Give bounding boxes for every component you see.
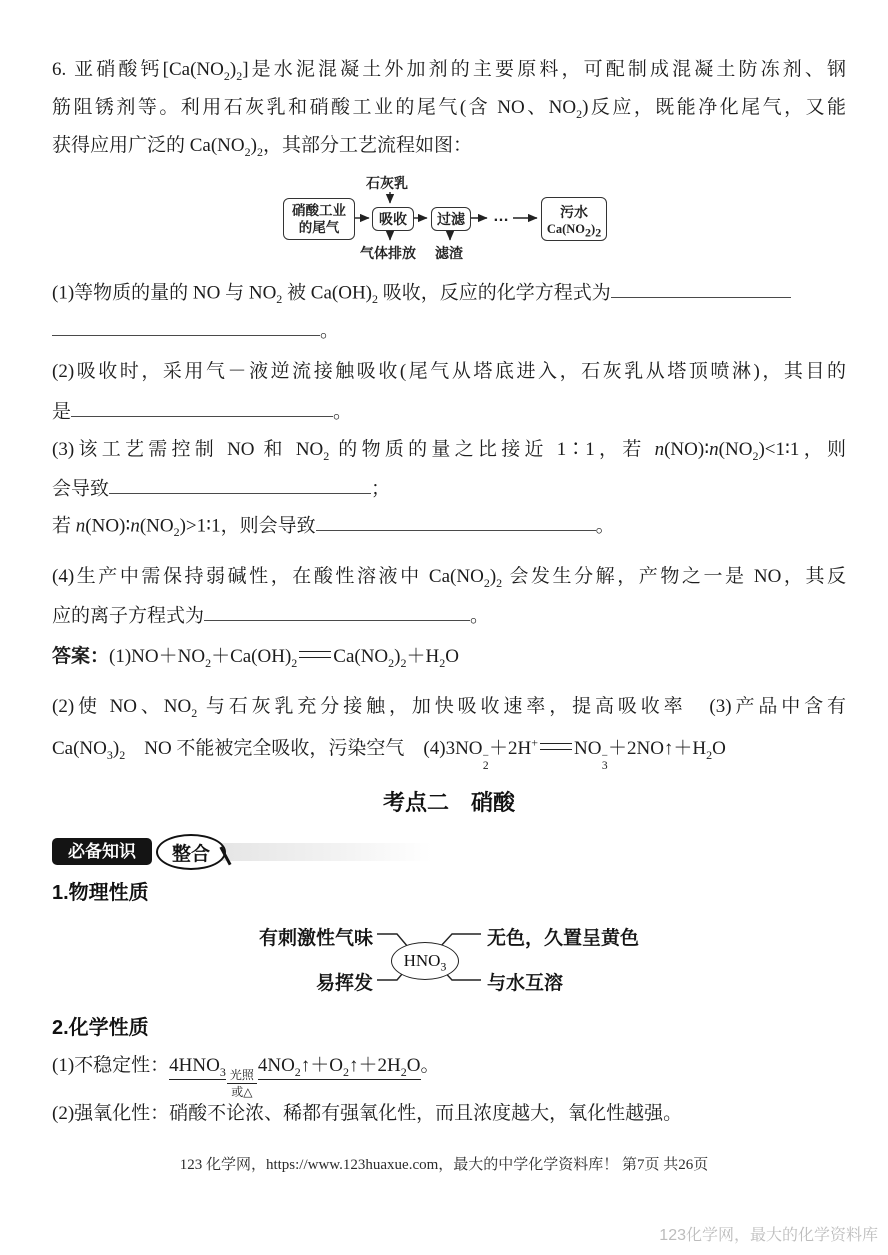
process-flow-diagram: 石灰乳 硝酸工业 的尾气 吸收 过滤 气体排放 滤渣 … 污水 Ca(NO2)2 [250, 172, 630, 267]
question-1-line: (1)等物质的量的 NO 与 NO2 被 Ca(OH)2 吸收，反应的化学方程式… [52, 278, 846, 306]
answer-line-2: (2)使 NO、NO2 与石灰乳充分接触，加快吸收速率，提高吸收率 (3)产品中… [52, 693, 846, 720]
question-stem-line: 6. 亚硝酸钙[Ca(NO2)2]是水泥混凝土外加剂的主要原料，可配制成混凝土防… [52, 56, 846, 83]
flow-box-tail-gas: 硝酸工业 的尾气 [283, 198, 355, 240]
answer-line-3: Ca(NO3)2 NO 不能被完全吸收，污染空气 (4)3NO−2＋2H+NO−… [52, 735, 846, 771]
question-4-blank-line: 应的离子方程式为。 [52, 601, 846, 629]
blank-continuation-line: 。 [52, 316, 846, 344]
question-3b-line: 若 n(NO)∶n(NO2)>1∶1，则会导致。 [52, 511, 846, 539]
flow-box-sewage: 污水 Ca(NO2)2 [541, 197, 607, 241]
flow-box-filter: 过滤 [431, 207, 471, 231]
concept-label-volatile: 易挥发 [225, 968, 373, 995]
concept-center-hno3: HNO3 [391, 942, 459, 980]
concept-label-miscible: 与水互溶 [487, 968, 563, 995]
concept-label-pungent-odor: 有刺激性气味 [225, 923, 373, 950]
flow-label-limewater: 石灰乳 [366, 173, 408, 193]
question-stem-line: 获得应用广泛的 Ca(NO2)2，其部分工艺流程如图： [52, 132, 846, 159]
question-stem-line: 筋阻锈剂等。利用石灰乳和硝酸工业的尾气(含 NO、NO2)反应，既能净化尾气，又… [52, 94, 846, 121]
concept-label-colorless: 无色，久置呈黄色 [487, 923, 639, 950]
question-3-line: (3)该工艺需控制 NO 和 NO2 的物质的量之比接近 1∶1，若 n(NO)… [52, 436, 846, 463]
question-4-line: (4)生产中需保持弱碱性，在酸性溶液中 Ca(NO2)2 会发生分解，产物之一是… [52, 563, 846, 590]
flow-box-absorb: 吸收 [372, 207, 414, 231]
subsection-chemical-properties: 2.化学性质 [52, 1011, 149, 1040]
badge-label-integrate: 整合 [156, 834, 226, 870]
question-2-blank-line: 是。 [52, 397, 846, 425]
knowledge-badge: 必备知识 整合 [52, 834, 432, 870]
chem-property-oxidizing: (2)强氧化性：硝酸不论浓、稀都有强氧化性，而且浓度越大，氧化性越强。 [52, 1100, 846, 1127]
pdf-page: 6. 亚硝酸钙[Ca(NO2)2]是水泥混凝土外加剂的主要原料，可配制成混凝土防… [0, 0, 888, 1255]
badge-label-required-knowledge: 必备知识 [52, 838, 152, 865]
page-footer: 123 化学网，https://www.123huaxue.com，最大的中学化… [0, 1153, 888, 1174]
answer-line-1: 答案：(1)NO＋NO2＋Ca(OH)2Ca(NO2)2＋H2O [52, 643, 846, 670]
hno3-concept-map: 有刺激性气味 易挥发 无色，久置呈黄色 与水互溶 HNO3 [225, 916, 665, 1004]
subsection-physical-properties: 1.物理性质 [52, 876, 149, 905]
flow-label-gas-emission: 气体排放 [360, 243, 416, 263]
chem-property-instability: (1)不稳定性：4HNO3光照或△4NO2↑＋O2↑＋2H2O。 [52, 1052, 846, 1099]
section-heading: 考点二 硝酸 [52, 786, 846, 817]
flow-ellipsis: … [493, 208, 510, 226]
question-2-line: (2)吸收时，采用气－液逆流接触吸收(尾气从塔底进入，石灰乳从塔顶喷淋)，其目的 [52, 358, 846, 385]
watermark: 123化学网，最大的化学资料库 [659, 1222, 878, 1245]
question-3-blank-line: 会导致； [52, 474, 846, 502]
flow-label-residue: 滤渣 [435, 243, 463, 263]
